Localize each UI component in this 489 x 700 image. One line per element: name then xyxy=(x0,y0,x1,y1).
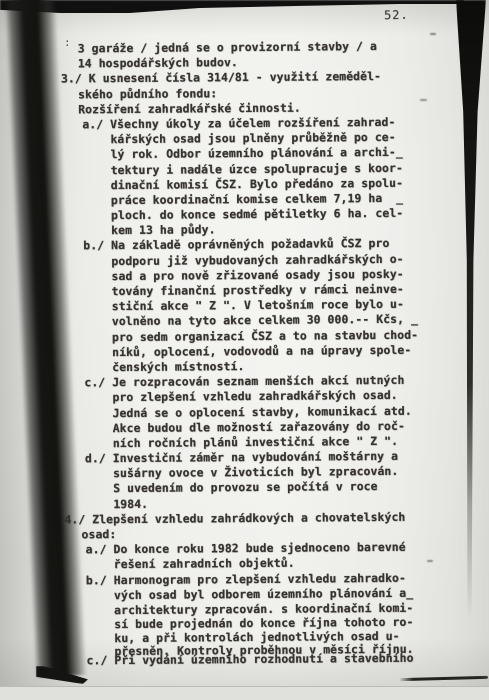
page-edge-shadow-bottom-right xyxy=(400,676,488,681)
page-bottom-edge xyxy=(0,686,489,700)
text-line: c./ Při vydání územního rozhodnutí a sta… xyxy=(2,651,489,668)
photo-artifact xyxy=(430,33,436,35)
scanned-document-photo: 52. : 3 garáže / jedná se o provizorní s… xyxy=(0,0,489,700)
typewritten-text: 3 garáže / jedná se o provizorní stavby … xyxy=(0,38,489,668)
page-number: 52. xyxy=(384,8,409,22)
